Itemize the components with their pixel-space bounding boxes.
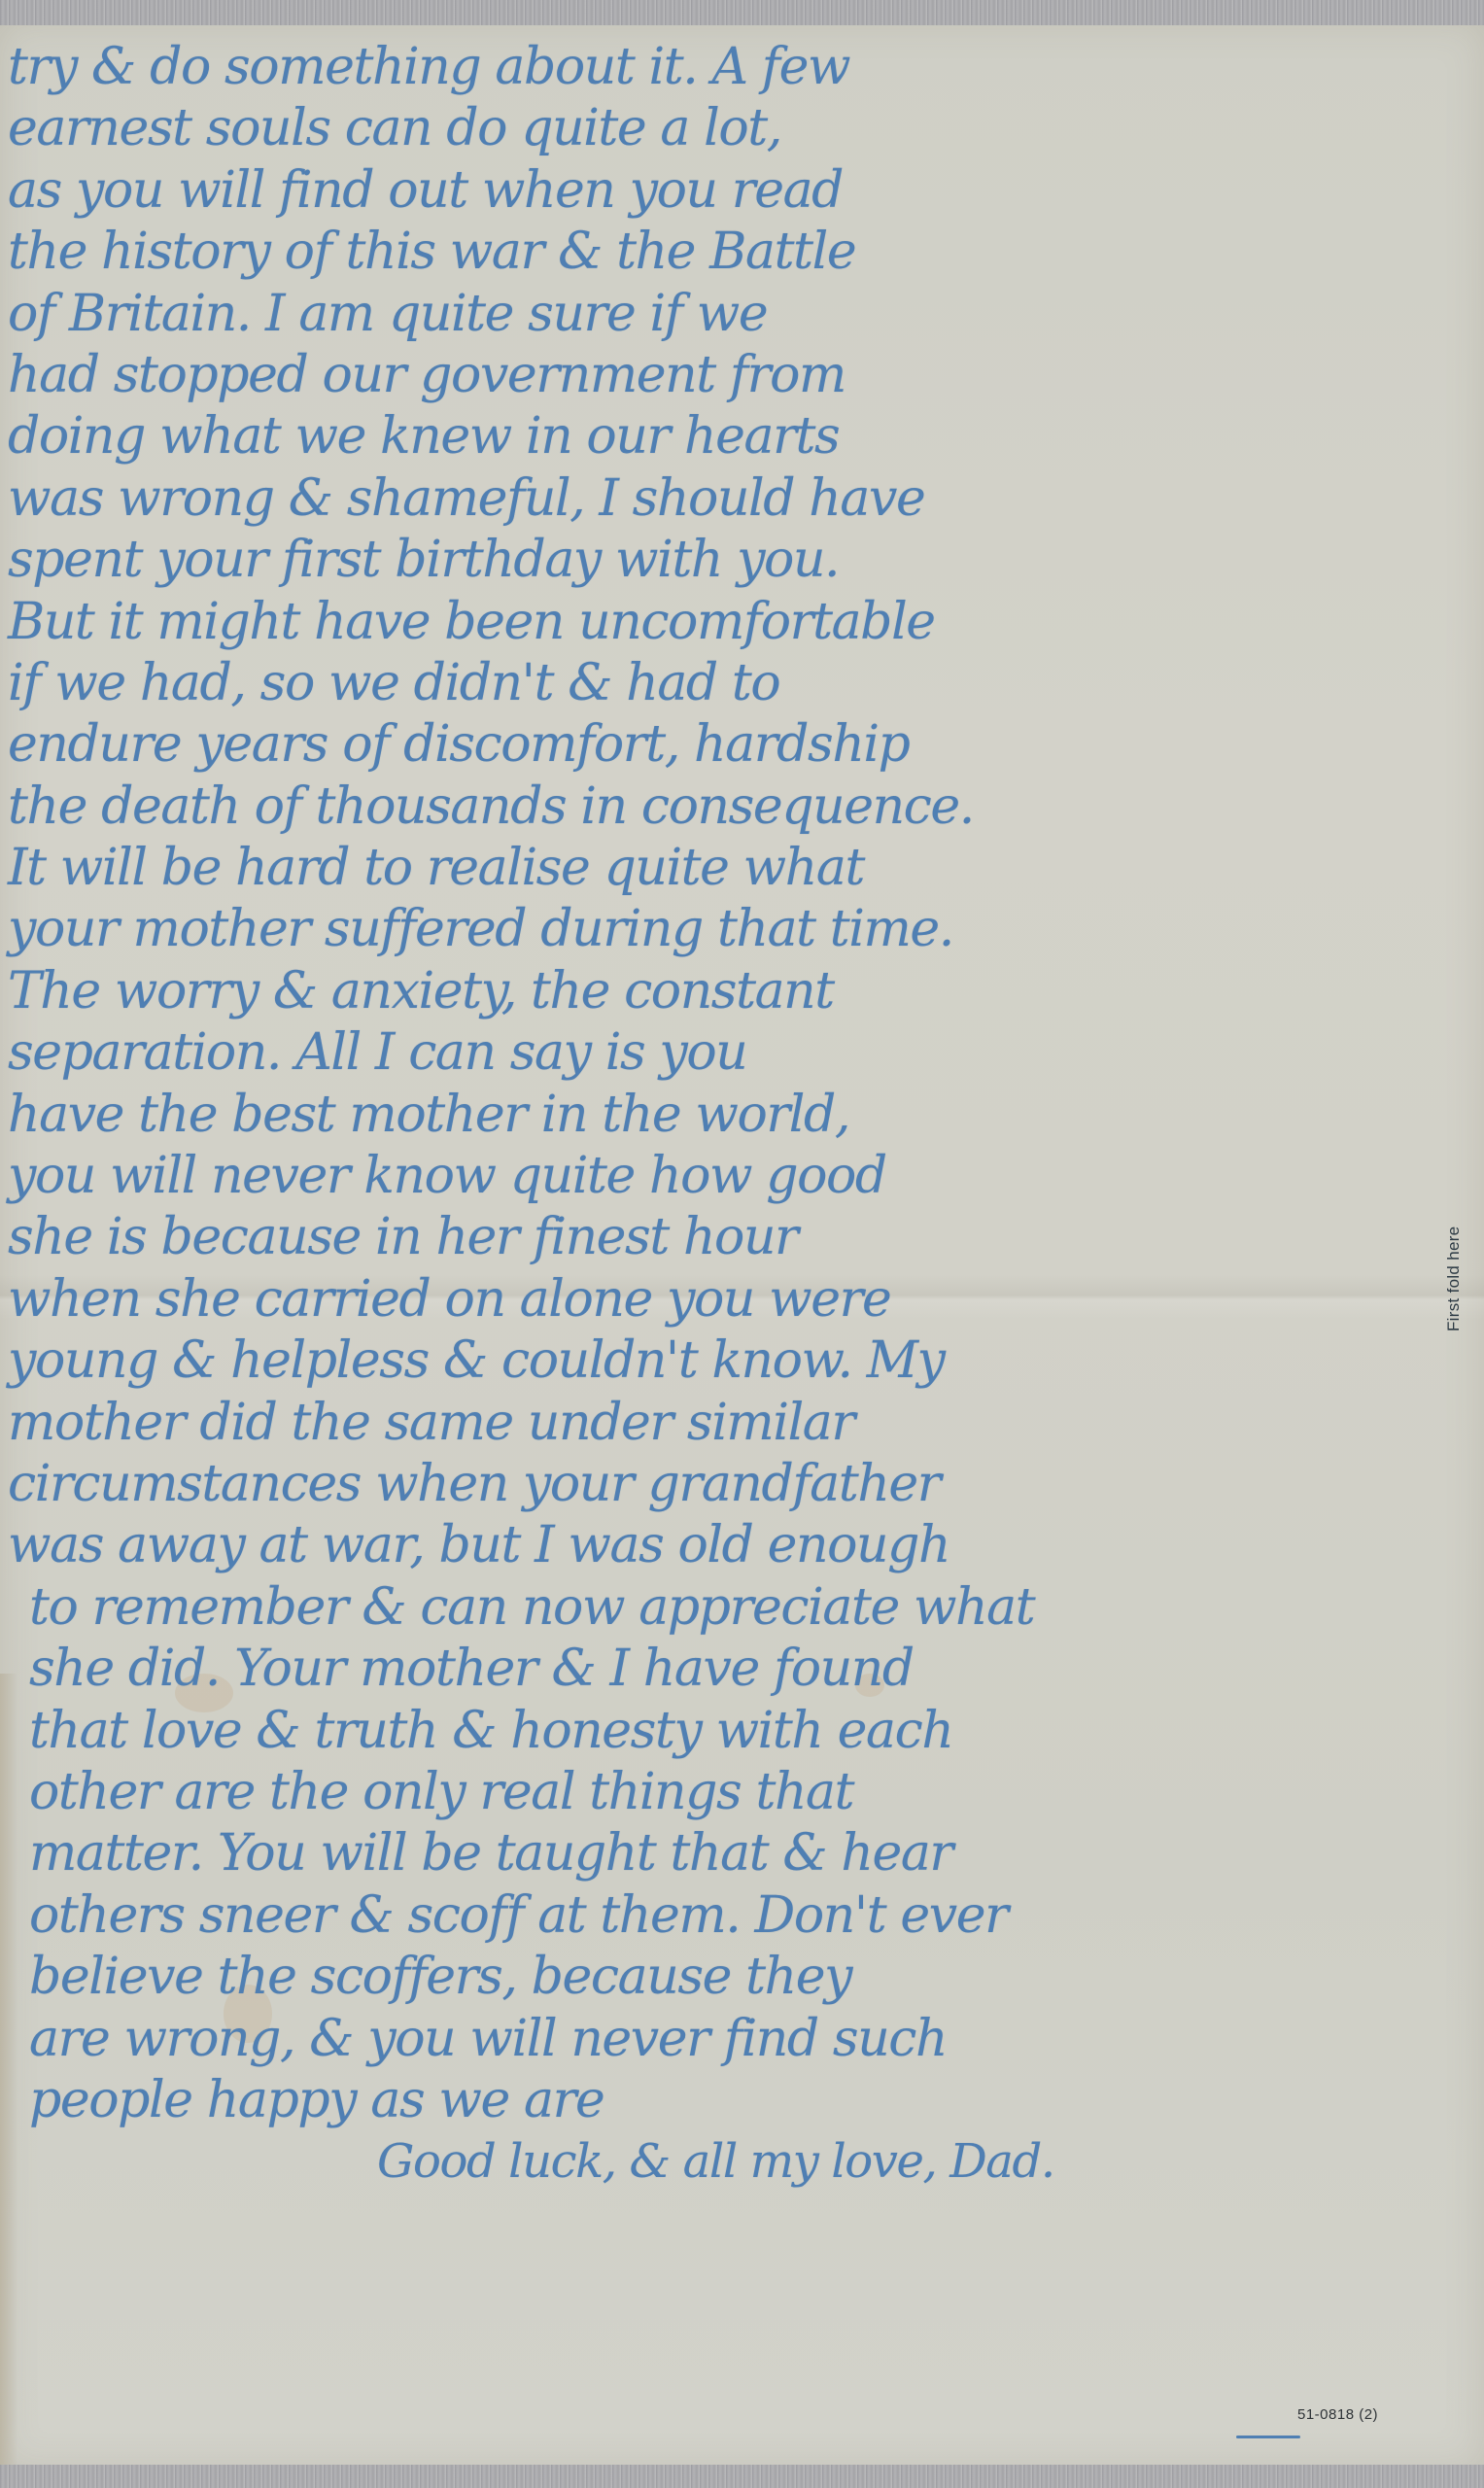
- letter-line: others sneer & scoff at them. Don't ever: [8, 1885, 1480, 1947]
- letter-line: your mother suffered during that time.: [8, 899, 1480, 960]
- bottom-edge: [0, 2465, 1484, 2488]
- letter-line: had stopped our government from: [8, 345, 1480, 406]
- letter-line: try & do something about it. A few: [8, 37, 1480, 98]
- letter-line: matter. You will be taught that & hear: [8, 1823, 1480, 1884]
- signature-underline: [1236, 2436, 1300, 2438]
- letter-line: It will be hard to realise quite what: [8, 838, 1480, 899]
- letter-line: spent your first birthday with you.: [8, 530, 1480, 591]
- signoff: Good luck, & all my love, Dad.: [8, 2131, 1480, 2193]
- letter-body: try & do something about it. A few earne…: [8, 37, 1480, 2194]
- letter-line: young & helpless & couldn't know. My: [8, 1330, 1480, 1392]
- letter-line: circumstances when your grandfather: [8, 1454, 1480, 1515]
- letter-line: you will never know quite how good: [8, 1146, 1480, 1207]
- letter-line: was away at war, but I was old enough: [8, 1515, 1480, 1576]
- letter-line: as you will find out when you read: [8, 160, 1480, 222]
- letter-line: But it might have been uncomfortable: [8, 592, 1480, 653]
- letter-line: are wrong, & you will never find such: [8, 2009, 1480, 2070]
- letter-line: mother did the same under similar: [8, 1393, 1480, 1454]
- letter-line: the history of this war & the Battle: [8, 222, 1480, 283]
- letter-line: to remember & can now appreciate what: [8, 1577, 1480, 1639]
- fold-instruction: First fold here: [1444, 1227, 1464, 1331]
- letter-line: that love & truth & honesty with each: [8, 1701, 1480, 1762]
- letter-line: when she carried on alone you were: [8, 1269, 1480, 1330]
- letter-line: of Britain. I am quite sure if we: [8, 284, 1480, 345]
- torn-top-edge: [0, 0, 1484, 25]
- letter-line: the death of thousands in consequence.: [8, 777, 1480, 838]
- letter-line: other are the only real things that: [8, 1762, 1480, 1823]
- letter-line: doing what we knew in our hearts: [8, 406, 1480, 467]
- letter-line: she is because in her finest hour: [8, 1207, 1480, 1268]
- letter-line: The worry & anxiety, the constant: [8, 961, 1480, 1022]
- letter-line: endure years of discomfort, hardship: [8, 714, 1480, 776]
- letter-line: she did. Your mother & I have found: [8, 1639, 1480, 1700]
- letter-line: earnest souls can do quite a lot,: [8, 98, 1480, 159]
- letter-line: believe the scoffers, because they: [8, 1947, 1480, 2008]
- letter-line: people happy as we are: [8, 2070, 1480, 2131]
- form-number: 51-0818 (2): [1297, 2406, 1378, 2423]
- letter-line: have the best mother in the world,: [8, 1085, 1480, 1146]
- letter-line: if we had, so we didn't & had to: [8, 653, 1480, 714]
- letter-line: was wrong & shameful, I should have: [8, 468, 1480, 530]
- letter-line: separation. All I can say is you: [8, 1022, 1480, 1084]
